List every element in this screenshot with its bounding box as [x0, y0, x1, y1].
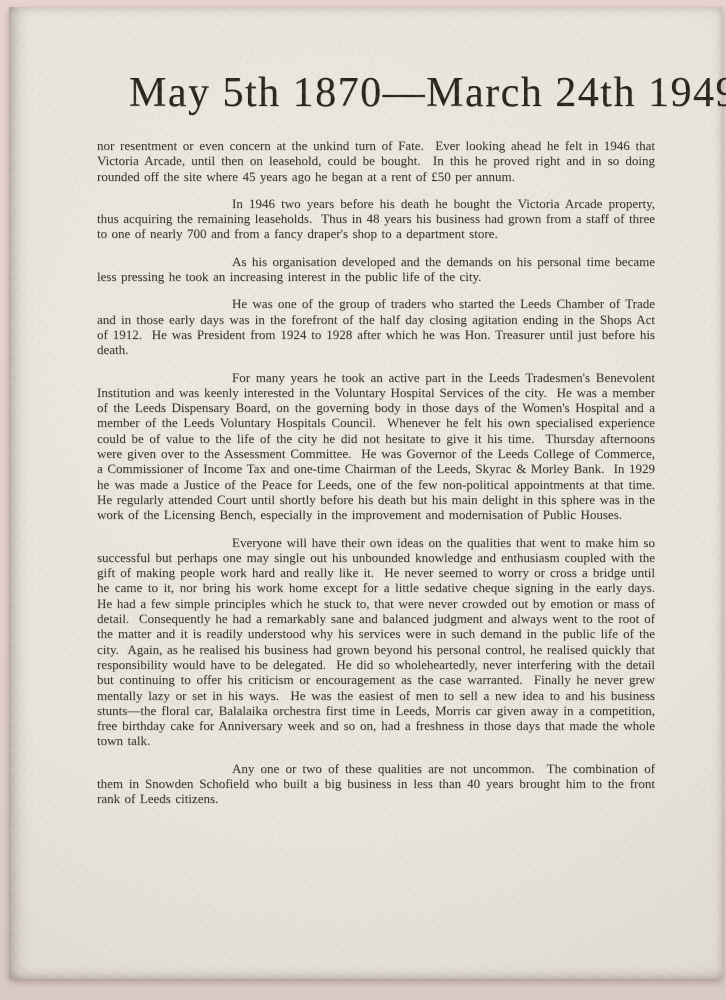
paragraph: Any one or two of these qualities are no…	[97, 761, 655, 807]
scanned-book-photo: May 5th 1870—March 24th 1949 nor resentm…	[0, 0, 726, 1000]
paragraph: He was one of the group of traders who s…	[97, 296, 655, 357]
scanned-page: May 5th 1870—March 24th 1949 nor resentm…	[9, 7, 722, 979]
paragraph: In 1946 two years before his death he bo…	[97, 196, 655, 242]
page-title: May 5th 1870—March 24th 1949	[129, 69, 725, 117]
paragraph: nor resentment or even concern at the un…	[97, 138, 655, 184]
paragraph: For many years he took an active part in…	[97, 370, 655, 523]
paragraph: Everyone will have their own ideas on th…	[97, 535, 655, 749]
paragraph: As his organisation developed and the de…	[97, 254, 655, 285]
body-text: nor resentment or even concern at the un…	[97, 138, 655, 819]
